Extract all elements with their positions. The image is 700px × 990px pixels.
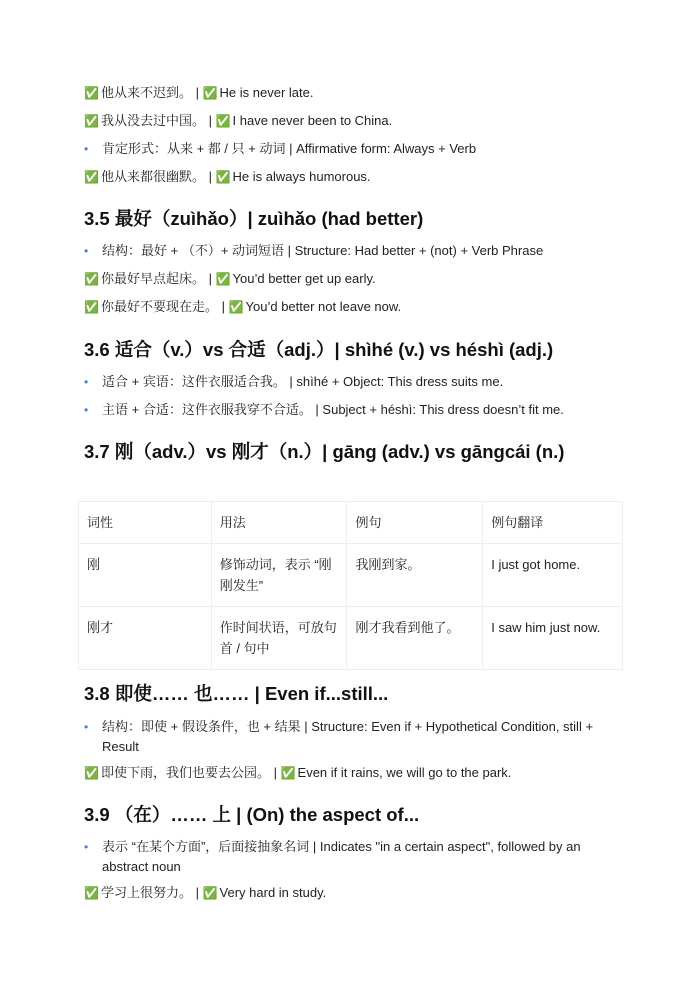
bullet-text: 肯定形式：从来 + 都 / 只 + 动词 | Affirmative form:… [102,139,614,159]
document-page: ✅他从来不迟到。 | ✅He is never late. ✅我从没去过中国。 … [0,0,700,990]
bullet-item: • 适合 + 宾语：这件衣服适合我。 | shìhé + Object: Thi… [84,372,614,392]
table-header-cell: 用法 [211,502,347,544]
bullet-item: • 主语 + 合适：这件衣服我穿不合适。 | Subject + héshì: … [84,400,614,420]
table-cell: 刚才 [79,607,212,670]
check-icon: ✅ [216,272,231,286]
check-icon: ✅ [84,170,99,184]
bullet-item: • 表示 “在某个方面”，后面接抽象名词 | Indicates "in a c… [84,837,614,877]
table-row: 刚 修饰动词，表示 “刚刚发生” 我刚到家。 I just got home. [79,544,623,607]
section-heading-3-6: 3.6 适合（v.）vs 合适（adj.）| shìhé (v.) vs hés… [84,337,553,363]
table-header-row: 词性 用法 例句 例句翻译 [79,502,623,544]
bullet-icon: • [84,400,88,420]
table-cell: 作时间状语，可放句首 / 句中 [211,607,347,670]
section-heading-3-5: 3.5 最好（zuìhǎo）| zuìhǎo (had better) [84,206,423,232]
example-zh: 学习上很努力。 [101,885,192,900]
example-zh: 你最好不要现在走。 [101,299,218,314]
example-zh: 他从来不迟到。 [101,85,192,100]
example-en: He is never late. [220,85,314,100]
bullet-text: 适合 + 宾语：这件衣服适合我。 | shìhé + Object: This … [102,372,614,392]
example-en: He is always humorous. [233,169,371,184]
separator: | [218,299,229,314]
table-header-cell: 词性 [79,502,212,544]
bullet-icon: • [84,837,88,857]
separator: | [205,169,216,184]
example-line: ✅你最好不要现在走。 | ✅You’d better not leave now… [84,297,401,317]
example-en: You’d better get up early. [233,271,376,286]
table-cell: 修饰动词，表示 “刚刚发生” [211,544,347,607]
example-line: ✅学习上很努力。 | ✅Very hard in study. [84,883,326,903]
table-cell: 刚才我看到他了。 [347,607,483,670]
separator: | [205,271,216,286]
bullet-item: • 肯定形式：从来 + 都 / 只 + 动词 | Affirmative for… [84,139,614,159]
table-cell: I saw him just now. [483,607,623,670]
bullet-icon: • [84,717,88,737]
example-line: ✅他从来不迟到。 | ✅He is never late. [84,83,313,103]
bullet-text: 结构：最好 + （不）+ 动词短语 | Structure: Had bette… [102,241,614,261]
section-heading-3-8: 3.8 即使…… 也…… | Even if...still... [84,681,388,707]
example-en: You’d better not leave now. [246,299,402,314]
bullet-text: 结构：即使 + 假设条件，也 + 结果 | Structure: Even if… [102,717,614,757]
bullet-icon: • [84,139,88,159]
check-icon: ✅ [216,170,231,184]
separator: | [192,885,203,900]
separator: | [192,85,203,100]
separator: | [205,113,216,128]
check-icon: ✅ [84,86,99,100]
separator: | [270,765,281,780]
table-cell: 刚 [79,544,212,607]
example-line: ✅即使下雨，我们也要去公园。 | ✅Even if it rains, we w… [84,763,511,783]
example-en: Even if it rains, we will go to the park… [298,765,512,780]
table-row: 刚才 作时间状语，可放句首 / 句中 刚才我看到他了。 I saw him ju… [79,607,623,670]
bullet-text: 主语 + 合适：这件衣服我穿不合适。 | Subject + héshì: Th… [102,400,614,420]
example-en: I have never been to China. [233,113,393,128]
check-icon: ✅ [281,766,296,780]
check-icon: ✅ [84,766,99,780]
check-icon: ✅ [229,300,244,314]
example-zh: 他从来都很幽默。 [101,169,205,184]
bullet-icon: • [84,372,88,392]
table-cell: I just got home. [483,544,623,607]
example-en: Very hard in study. [220,885,327,900]
bullet-icon: • [84,241,88,261]
check-icon: ✅ [203,86,218,100]
check-icon: ✅ [203,886,218,900]
example-line: ✅我从没去过中国。 | ✅I have never been to China. [84,111,392,131]
comparison-table: 词性 用法 例句 例句翻译 刚 修饰动词，表示 “刚刚发生” 我刚到家。 I j… [78,501,623,670]
check-icon: ✅ [84,114,99,128]
bullet-text: 表示 “在某个方面”，后面接抽象名词 | Indicates "in a cer… [102,837,614,877]
example-zh: 你最好早点起床。 [101,271,205,286]
section-heading-3-7: 3.7 刚（adv.）vs 刚才（n.）| gāng (adv.) vs gān… [84,439,564,465]
table-header-cell: 例句 [347,502,483,544]
table-header-cell: 例句翻译 [483,502,623,544]
example-zh: 即使下雨，我们也要去公园。 [101,765,270,780]
bullet-item: • 结构：即使 + 假设条件，也 + 结果 | Structure: Even … [84,717,614,757]
bullet-item: • 结构：最好 + （不）+ 动词短语 | Structure: Had bet… [84,241,614,261]
check-icon: ✅ [216,114,231,128]
example-line: ✅他从来都很幽默。 | ✅He is always humorous. [84,167,371,187]
check-icon: ✅ [84,886,99,900]
table-cell: 我刚到家。 [347,544,483,607]
check-icon: ✅ [84,300,99,314]
example-zh: 我从没去过中国。 [101,113,205,128]
section-heading-3-9: 3.9 （在）…… 上 | (On) the aspect of... [84,802,419,828]
example-line: ✅你最好早点起床。 | ✅You’d better get up early. [84,269,376,289]
check-icon: ✅ [84,272,99,286]
